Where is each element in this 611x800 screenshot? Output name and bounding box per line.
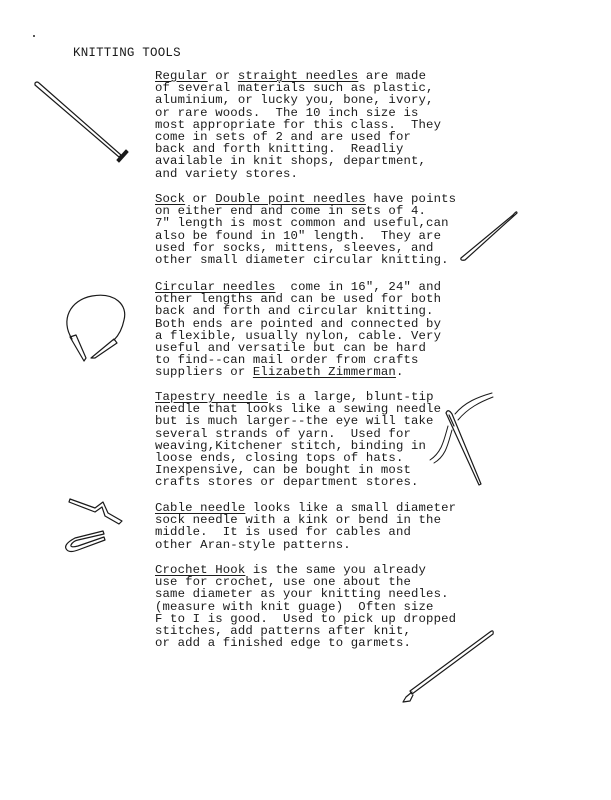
text-run: or add a finished edge to garmets. [155,636,411,650]
text-run: other small diameter circular knitting. [155,253,449,267]
circular-needle-icon [67,295,125,361]
double-point-needle-icon [461,212,517,260]
page-title: KNITTING TOOLS [73,46,181,60]
section-sock-needles: Sock or Double point needles have points… [155,193,456,266]
section-cable-needle: Cable needle looks like a small diameter… [155,502,456,551]
section-regular-needles: Regular or straight needles are madeof s… [155,70,441,180]
straight-needle-icon [35,82,128,162]
text-run: suppliers or [155,365,253,379]
section-circular-needles: Circular needles come in 16", 24" andoth… [155,281,441,379]
text-line: other small diameter circular knitting. [155,254,456,266]
text-run: crafts stores or department stores. [155,475,419,489]
text-line: or add a finished edge to garmets. [155,637,456,649]
underlined-term: Elizabeth Zimmerman [253,365,396,379]
text-line: and variety stores. [155,168,441,180]
text-run: other Aran-style patterns. [155,538,351,552]
text-run: and variety stores. [155,167,298,181]
text-line: crafts stores or department stores. [155,476,441,488]
cable-needle-icon [66,499,122,552]
text-line: other Aran-style patterns. [155,539,456,551]
section-crochet-hook: Crochet Hook is the same you alreadyuse … [155,564,456,649]
text-run: . [396,365,404,379]
section-tapestry-needle: Tapestry needle is a large, blunt-tipnee… [155,391,441,489]
speck-mark [33,35,35,37]
text-line: suppliers or Elizabeth Zimmerman. [155,366,441,378]
